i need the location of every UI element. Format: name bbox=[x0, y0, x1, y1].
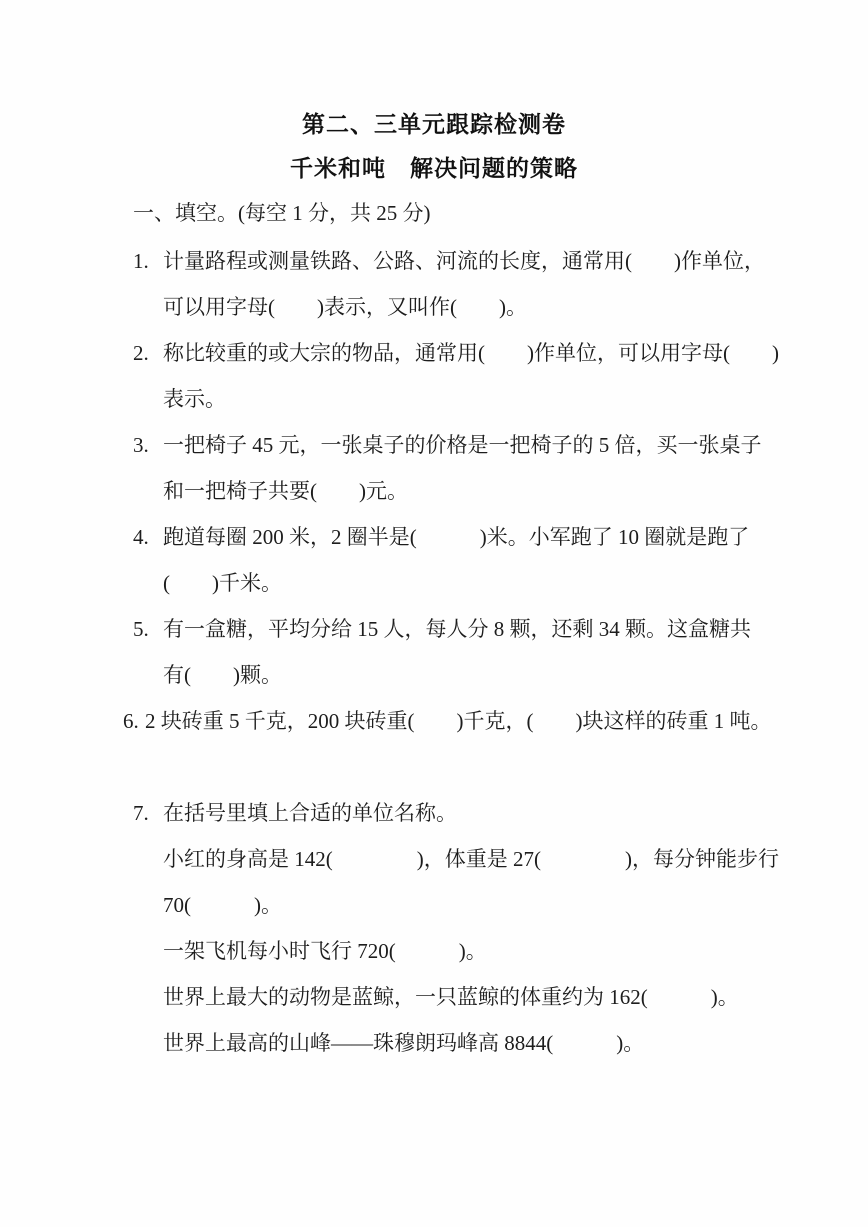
question-7-line-6: 世界上最高的山峰——珠穆朗玛峰高 8844( )。 bbox=[133, 1020, 758, 1066]
question-gap bbox=[133, 744, 758, 790]
question-7-line-3: 70( )。 bbox=[133, 882, 758, 928]
question-3-text: 和一把椅子共要( )元。 bbox=[163, 479, 408, 503]
question-4-number: 4. bbox=[133, 514, 163, 560]
question-7-line-4: 一架飞机每小时飞行 720( )。 bbox=[133, 928, 758, 974]
question-7-text: 在括号里填上合适的单位名称。 bbox=[163, 801, 457, 825]
question-7-text: 世界上最大的动物是蓝鲸，一只蓝鲸的体重约为 162( )。 bbox=[163, 985, 739, 1009]
page-title: 第二、三单元跟踪检测卷 bbox=[0, 106, 868, 139]
question-2-text: 称比较重的或大宗的物品，通常用( )作单位，可以用字母( ) bbox=[163, 341, 779, 365]
question-7-text: 世界上最高的山峰——珠穆朗玛峰高 8844( )。 bbox=[163, 1031, 644, 1055]
question-4-text: ( )千米。 bbox=[163, 571, 282, 595]
question-3-line-1: 3.一把椅子 45 元，一张桌子的价格是一把椅子的 5 倍，买一张桌子 bbox=[133, 422, 758, 468]
question-4-line-2: ( )千米。 bbox=[133, 560, 758, 606]
exam-page: 第二、三单元跟踪检测卷 千米和吨 解决问题的策略 一、填空。(每空 1 分，共 … bbox=[0, 0, 868, 1227]
question-3-number: 3. bbox=[133, 422, 163, 468]
section-header: 一、填空。(每空 1 分，共 25 分) bbox=[133, 197, 431, 227]
question-5-line-1: 5.有一盒糖，平均分给 15 人，每人分 8 颗，还剩 34 颗。这盒糖共 bbox=[133, 606, 758, 652]
question-5-line-2: 有( )颗。 bbox=[133, 652, 758, 698]
question-3-line-2: 和一把椅子共要( )元。 bbox=[133, 468, 758, 514]
question-6-number: 6. bbox=[123, 698, 145, 744]
question-7-text: 70( )。 bbox=[163, 893, 282, 917]
question-1-line-2: 可以用字母( )表示，又叫作( )。 bbox=[133, 284, 758, 330]
question-6-text: 2 块砖重 5 千克，200 块砖重( )千克，( )块这样的砖重 1 吨。 bbox=[145, 709, 771, 733]
question-1-text: 可以用字母( )表示，又叫作( )。 bbox=[163, 295, 527, 319]
question-7-text: 小红的身高是 142( )，体重是 27( )，每分钟能步行 bbox=[163, 847, 779, 871]
question-4-text: 跑道每圈 200 米，2 圈半是( )米。小军跑了 10 圈就是跑了 bbox=[163, 525, 749, 549]
question-4-line-1: 4.跑道每圈 200 米，2 圈半是( )米。小军跑了 10 圈就是跑了 bbox=[133, 514, 758, 560]
question-2-line-2: 表示。 bbox=[133, 376, 758, 422]
question-7-number: 7. bbox=[133, 790, 163, 836]
question-list: 1.计量路程或测量铁路、公路、河流的长度，通常用( )作单位， 可以用字母( )… bbox=[133, 238, 758, 1066]
question-7-line-1: 7.在括号里填上合适的单位名称。 bbox=[133, 790, 758, 836]
question-2-line-1: 2.称比较重的或大宗的物品，通常用( )作单位，可以用字母( ) bbox=[133, 330, 758, 376]
question-7-line-5: 世界上最大的动物是蓝鲸，一只蓝鲸的体重约为 162( )。 bbox=[133, 974, 758, 1020]
question-2-text: 表示。 bbox=[163, 387, 226, 411]
question-5-text: 有( )颗。 bbox=[163, 663, 282, 687]
question-6-line-1: 6.2 块砖重 5 千克，200 块砖重( )千克，( )块这样的砖重 1 吨。 bbox=[123, 698, 758, 744]
question-1-line-1: 1.计量路程或测量铁路、公路、河流的长度，通常用( )作单位， bbox=[133, 238, 758, 284]
question-5-text: 有一盒糖，平均分给 15 人，每人分 8 颗，还剩 34 颗。这盒糖共 bbox=[163, 617, 751, 641]
question-3-text: 一把椅子 45 元，一张桌子的价格是一把椅子的 5 倍，买一张桌子 bbox=[163, 433, 762, 457]
question-5-number: 5. bbox=[133, 606, 163, 652]
question-1-text: 计量路程或测量铁路、公路、河流的长度，通常用( )作单位， bbox=[163, 249, 765, 273]
question-7-line-2: 小红的身高是 142( )，体重是 27( )，每分钟能步行 bbox=[133, 836, 758, 882]
question-7-text: 一架飞机每小时飞行 720( )。 bbox=[163, 939, 487, 963]
page-subtitle: 千米和吨 解决问题的策略 bbox=[0, 150, 868, 183]
question-1-number: 1. bbox=[133, 238, 163, 284]
question-2-number: 2. bbox=[133, 330, 163, 376]
